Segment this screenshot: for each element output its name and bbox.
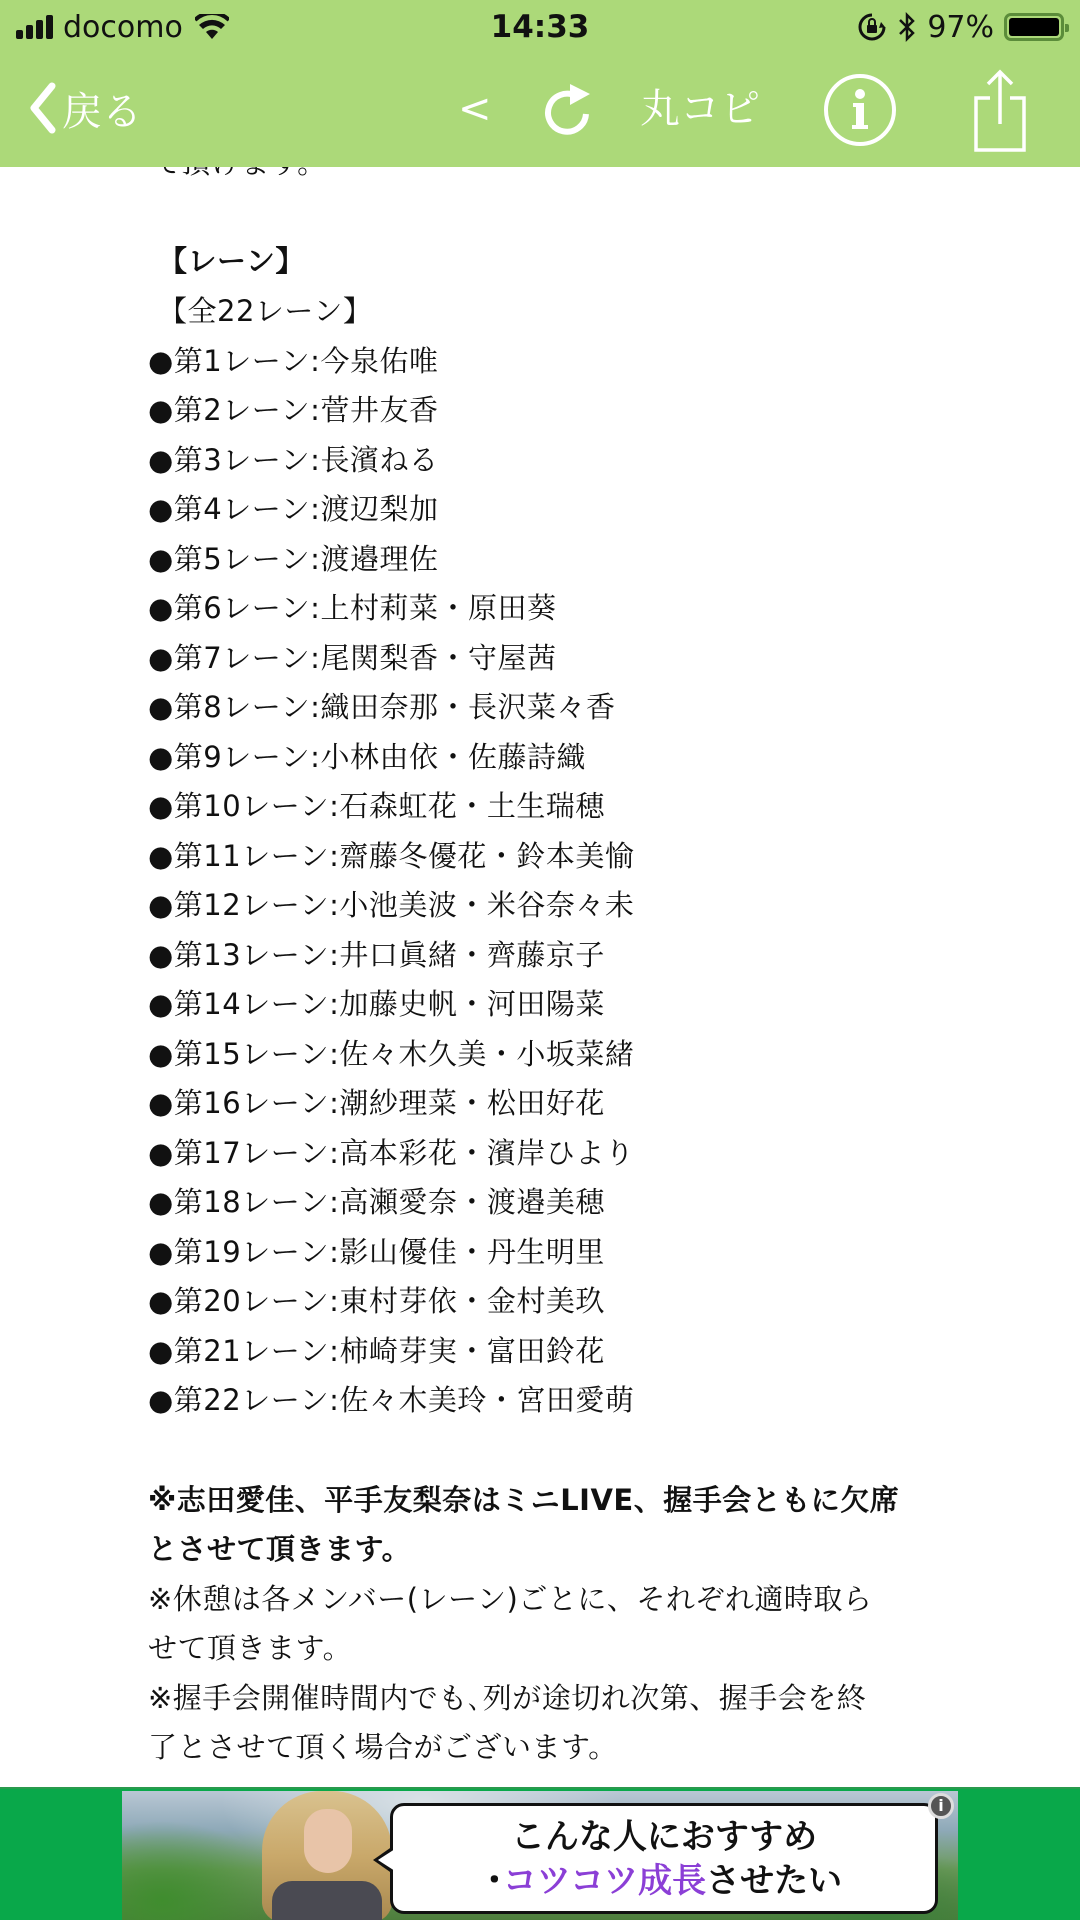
note-line: ※志田愛佳、平手友梨奈はミニLIVE、握手会ともに欠席	[148, 1475, 899, 1525]
lane-item: ●第21レーン:柿崎芽実・富田鈴花	[148, 1326, 605, 1376]
orientation-lock-icon	[857, 12, 887, 42]
lane-item: ●第8レーン:織田奈那・長沢菜々香	[148, 682, 615, 732]
lane-item: ●第7レーン:尾関梨香・守屋茜	[148, 633, 556, 683]
lane-item: ●第18レーン:高瀬愛奈・渡邉美穂	[148, 1177, 605, 1227]
ad-subline-highlight: コツコツ成長	[503, 1861, 706, 1901]
share-button[interactable]	[972, 68, 1028, 158]
bluetooth-icon	[897, 11, 917, 43]
reload-button[interactable]	[540, 78, 596, 142]
lane-count: 【全22レーン】	[158, 286, 372, 336]
lane-item: ●第12レーン:小池美波・米谷奈々未	[148, 880, 634, 930]
share-icon	[972, 68, 1028, 154]
ad-subline: ･コツコツ成長させたい	[393, 1860, 935, 1902]
info-button[interactable]	[822, 72, 898, 152]
lane-item: ●第20レーン:東村芽依・金村美玖	[148, 1276, 605, 1326]
note-line: ※休憩は各メンバー(レーン)ごとに、それぞれ適時取ら	[148, 1574, 872, 1624]
chevron-left-icon	[28, 82, 58, 134]
note-line: せて頂きます。	[148, 1623, 352, 1673]
ad-image[interactable]: こんな人におすすめ ･コツコツ成長させたい i	[122, 1791, 958, 1920]
lane-item: ●第6レーン:上村莉菜・原田葵	[148, 583, 556, 633]
battery-icon	[1004, 13, 1064, 41]
previous-page-button[interactable]: <	[458, 84, 492, 134]
lane-item: ●第5レーン:渡邉理佐	[148, 534, 438, 584]
lane-item: ●第16レーン:潮紗理菜・松田好花	[148, 1078, 605, 1128]
battery-percent: 97%	[927, 10, 994, 45]
note-line: とさせて頂きます。	[148, 1524, 411, 1574]
status-right-group: 97%	[857, 8, 1064, 46]
lane-item: ●第4レーン:渡辺梨加	[148, 484, 438, 534]
lane-item: ●第15レーン:佐々木久美・小坂菜緒	[148, 1029, 634, 1079]
lane-item: ●第11レーン:齋藤冬優花・鈴本美愉	[148, 831, 634, 881]
info-icon	[822, 72, 898, 148]
top-bar: docomo 14:33 97%	[0, 0, 1080, 167]
nav-bar: 戻る < 丸コピ	[0, 54, 1080, 167]
lane-item: ●第9レーン:小林由依・佐藤詩織	[148, 732, 586, 782]
article-content: て頂けます。 【レーン】 【全22レーン】 ●第1レーン:今泉佑唯 ●第2レーン…	[0, 0, 1080, 1787]
note-line: 了とさせて頂く場合がございます。	[148, 1722, 618, 1772]
section-title: 【レーン】	[158, 236, 305, 286]
note-line: ※握手会開催時間内でも､列が途切れ次第、握手会を終	[148, 1673, 866, 1723]
ad-speech-bubble: こんな人におすすめ ･コツコツ成長させたい	[390, 1803, 938, 1914]
back-label: 戻る	[62, 80, 142, 137]
lane-item: ●第14レーン:加藤史帆・河田陽菜	[148, 979, 605, 1029]
lane-item: ●第1レーン:今泉佑唯	[148, 336, 438, 386]
copy-all-button[interactable]: 丸コピ	[640, 82, 760, 136]
ad-subline-suffix: させたい	[706, 1861, 842, 1901]
reload-icon	[540, 78, 596, 138]
lane-item: ●第10レーン:石森虹花・土生瑞穂	[148, 781, 605, 831]
lane-item: ●第3レーン:長濱ねる	[148, 435, 438, 485]
ad-headline: こんな人におすすめ	[393, 1816, 935, 1858]
back-button[interactable]: 戻る	[28, 80, 142, 136]
ad-banner[interactable]: こんな人におすすめ ･コツコツ成長させたい i	[0, 1787, 1080, 1920]
lane-item: ●第17レーン:高本彩花・濱岸ひより	[148, 1128, 634, 1178]
lane-item: ●第2レーン:菅井友香	[148, 385, 438, 435]
ad-info-icon[interactable]: i	[928, 1793, 954, 1819]
lane-item: ●第19レーン:影山優佳・丹生明里	[148, 1227, 605, 1277]
status-bar: docomo 14:33 97%	[0, 0, 1080, 54]
ad-subline-prefix: ･	[486, 1861, 503, 1901]
lane-item: ●第22レーン:佐々木美玲・宮田愛萌	[148, 1375, 634, 1425]
lane-item: ●第13レーン:井口眞緒・齊藤京子	[148, 930, 605, 980]
